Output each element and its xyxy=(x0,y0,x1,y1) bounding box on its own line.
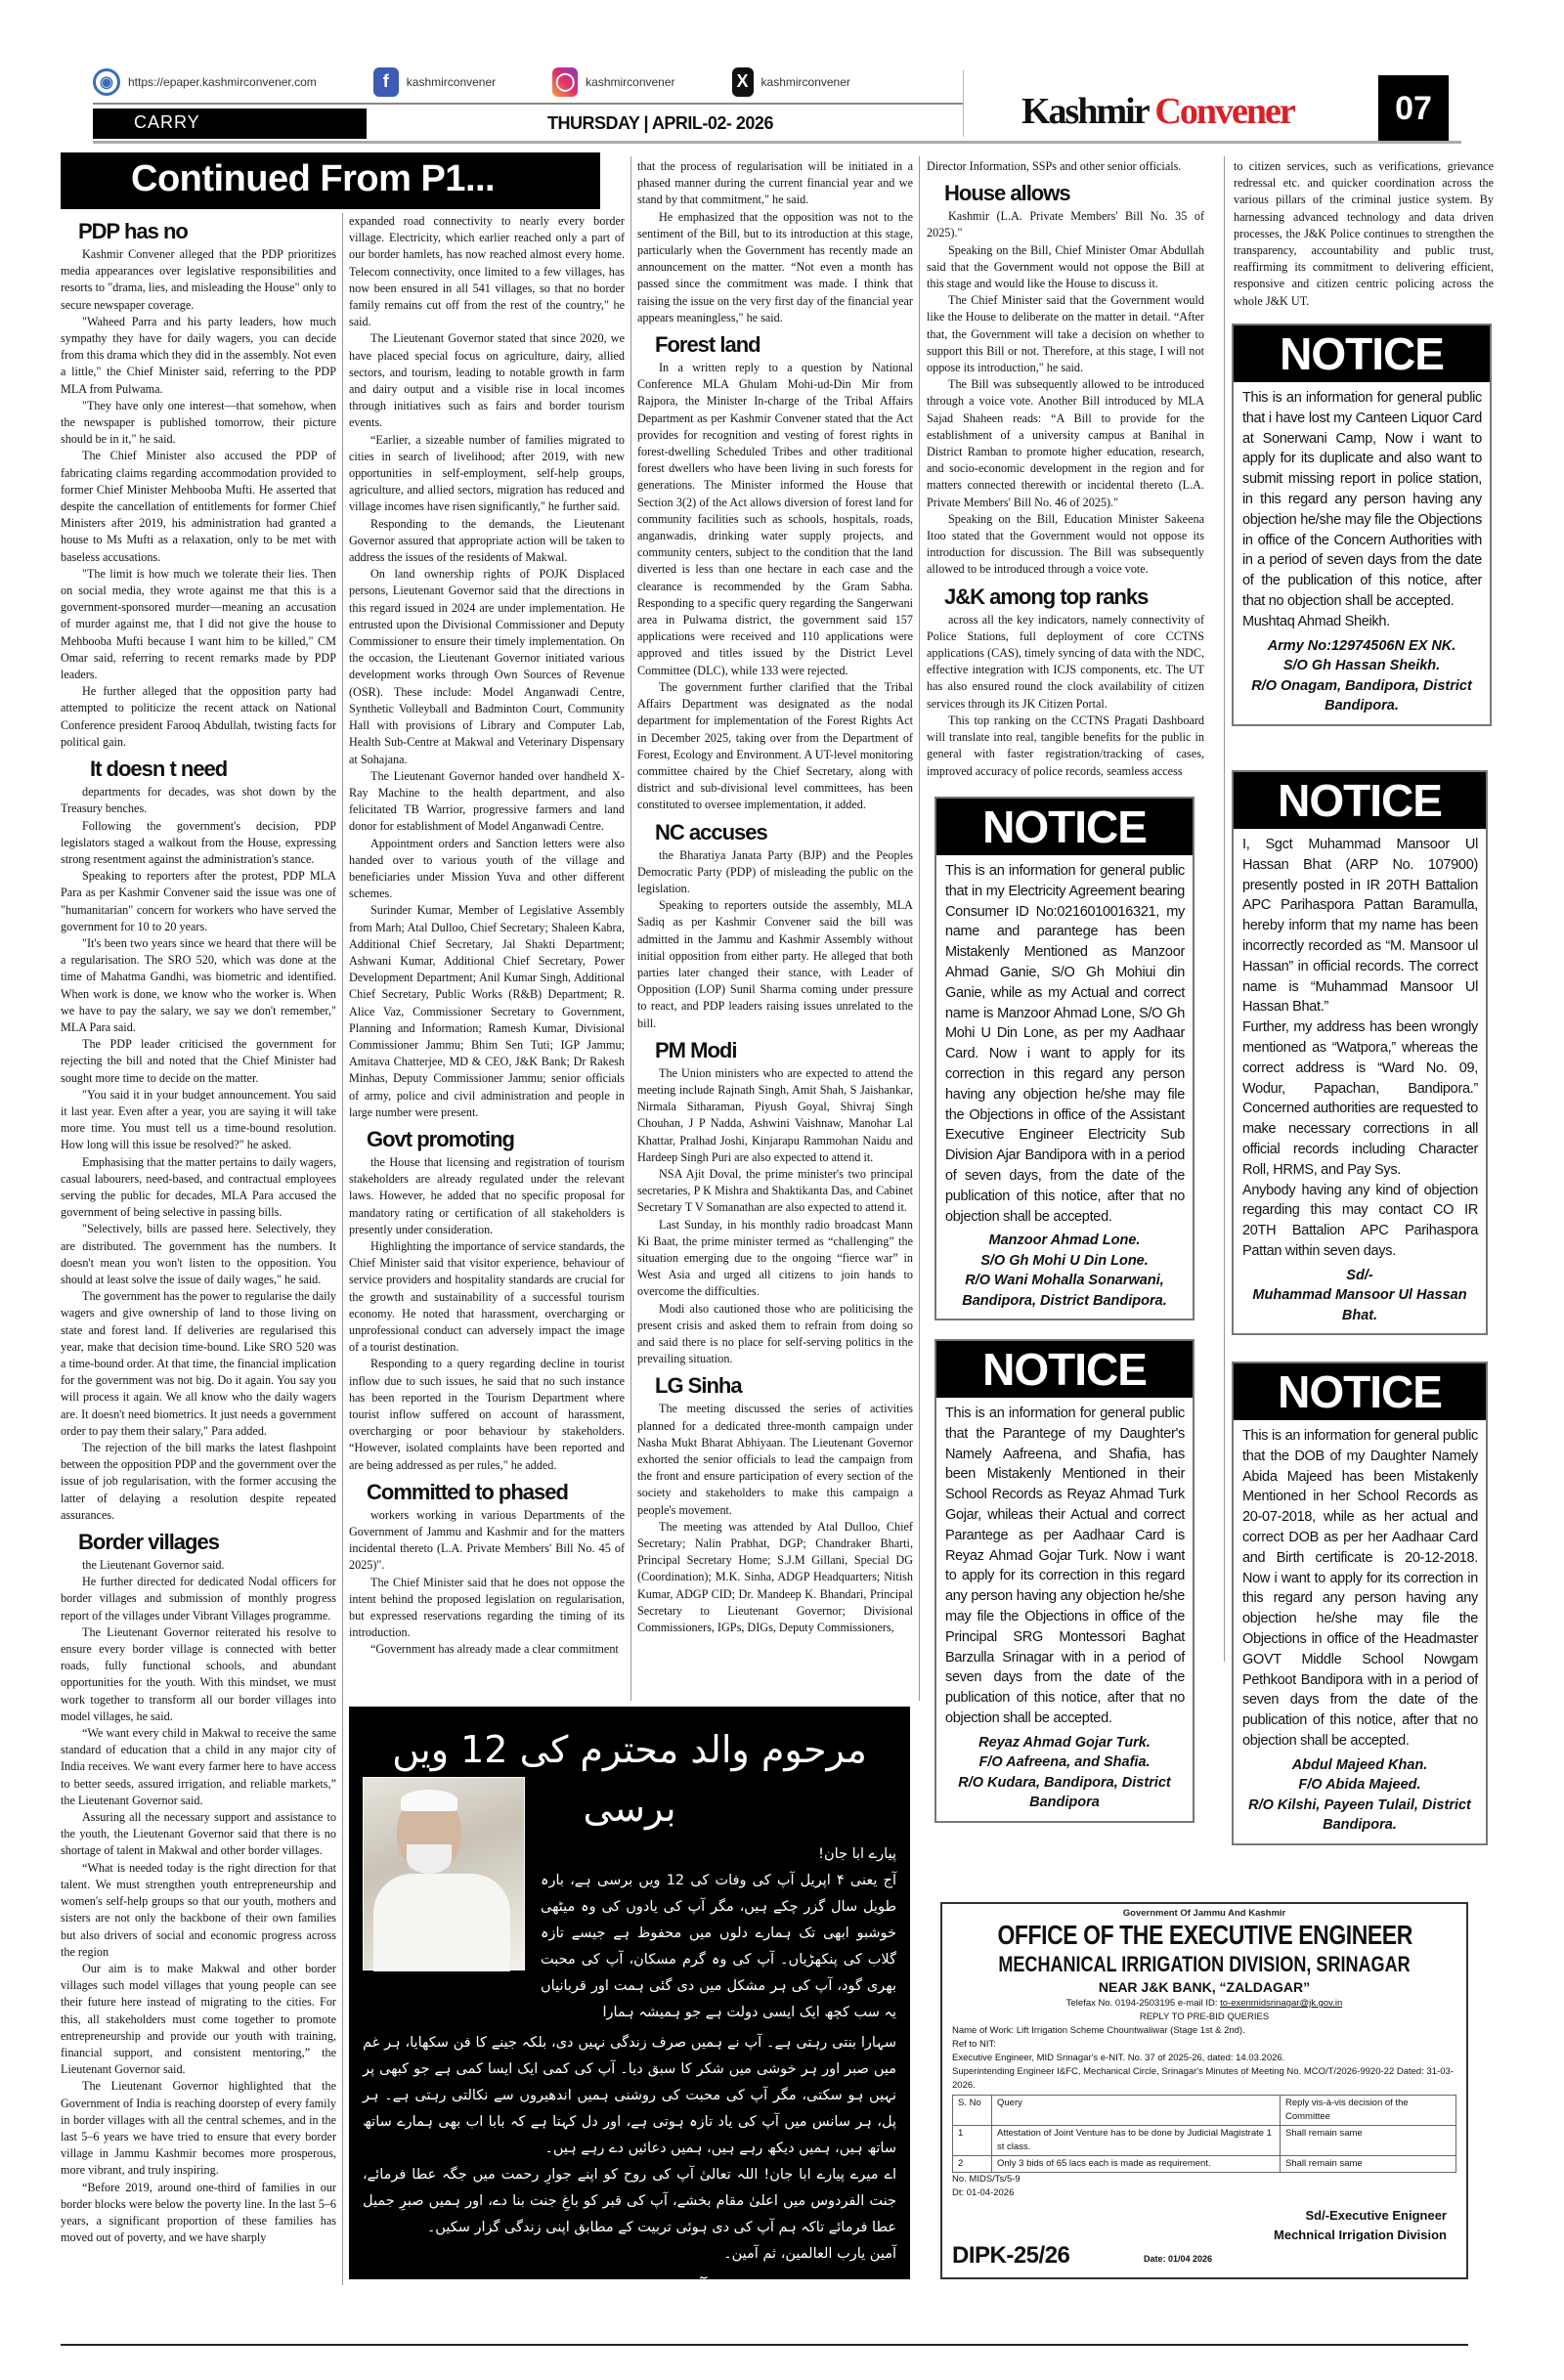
paragraph: “Before 2019, around one-third of famili… xyxy=(61,2180,336,2247)
headline-it-doesnt-need: It doesn t need xyxy=(90,757,336,782)
sig-line: S/O Gh Mohi U Din Lone. xyxy=(942,1251,1187,1272)
header-reply: Reply vis-à-vis decision of the Committe… xyxy=(1281,2096,1456,2126)
notice-name-correction-bhat: NOTICE I, Sgct Muhammad Mansoor Ul Hassa… xyxy=(1232,770,1488,1335)
table-row: 2 Only 3 bids of 65 lacs each is made as… xyxy=(953,2156,1456,2173)
headline-jk-among-top-ranks: J&K among top ranks xyxy=(944,584,1204,610)
urdu-signature: آپ کا مشکور بیٹا xyxy=(349,2277,910,2299)
website-url: https://epaper.kashmirconvener.com xyxy=(128,75,317,89)
headline-house-allows: House allows xyxy=(944,181,1204,206)
headline-pdp-has-no: PDP has no xyxy=(78,219,336,244)
telefax: Telefax No. 0194-2503195 e-mail ID: xyxy=(1066,1998,1218,2009)
gov-line: Government Of Jammu And Kashmir xyxy=(952,1908,1456,1919)
headline-border-villages: Border villages xyxy=(78,1530,336,1555)
section-label: CARRY xyxy=(93,108,367,139)
sig-line: Muhammad Mansoor Ul Hassan Bhat. xyxy=(1239,1285,1480,1325)
office-title: OFFICE OF THE EXECUTIVE ENGINEER xyxy=(997,1919,1411,1952)
paragraph: Following the government's decision, PDP… xyxy=(61,818,336,869)
sig-line: R/O Wani Mohalla Sonarwani, xyxy=(942,1271,1187,1291)
paragraph: the House that licensing and registratio… xyxy=(349,1154,625,1238)
paragraph: The Lieutenant Governor highlighted that… xyxy=(61,2078,336,2179)
division-title: MECHANICAL IRRIGATION DIVISION, SRINAGAR xyxy=(997,1952,1411,1977)
headline-lg-sinha: LG Sinha xyxy=(655,1373,913,1399)
facebook-icon: f xyxy=(373,67,399,97)
paragraph: The Chief Minister also accused the PDP … xyxy=(61,448,336,565)
paragraph: Speaking on the Bill, Chief Minister Oma… xyxy=(927,242,1204,293)
paragraph: The government further clarified that th… xyxy=(637,679,913,814)
paragraph: He further directed for dedicated Nodal … xyxy=(61,1574,336,1624)
urdu-remembrance-ad: مرحوم والد محترم کی 12 ویں برسی پیارے اب… xyxy=(349,1707,910,2279)
subject: REPLY TO PRE-BID QUERIES xyxy=(952,2011,1456,2024)
paragraph: Emphasising that the matter pertains to … xyxy=(61,1154,336,1222)
paragraph: to citizen services, such as verificatio… xyxy=(1234,158,1494,310)
sig-line: Bandipora, District Bandipora. xyxy=(942,1291,1187,1312)
masthead-social-links: ◉ https://epaper.kashmirconvener.com f k… xyxy=(93,61,963,105)
government-tender-ad: Government Of Jammu And Kashmir OFFICE O… xyxy=(940,1902,1468,2279)
paragraph: The Union ministers who are expected to … xyxy=(637,1065,913,1166)
paragraph: The rejection of the bill marks the late… xyxy=(61,1440,336,1524)
ref-date: Dt: 01-04-2026 xyxy=(952,2186,1456,2200)
column-5: to citizen services, such as verificatio… xyxy=(1234,158,1494,310)
urdu-body-top: پیارے ابا جان! آج یعنی ۴ اپریل آپ کی وفا… xyxy=(527,1838,910,2026)
paragraph: Last Sunday, in his monthly radio broadc… xyxy=(637,1217,913,1301)
notice-daughters-parentage: NOTICE This is an information for genera… xyxy=(934,1339,1195,1823)
paragraph: Speaking to reporters after the protest,… xyxy=(61,868,336,935)
photo-figure-body xyxy=(373,1874,510,1971)
facebook-handle: kashmirconvener xyxy=(407,75,496,89)
paragraph: Highlighting the importance of service s… xyxy=(349,1238,625,1356)
cell: Shall remain same xyxy=(1281,2156,1456,2173)
paragraph: The meeting was attended by Atal Dulloo,… xyxy=(637,1519,913,1636)
notice-body: This is an information for general publi… xyxy=(1234,1420,1486,1755)
globe-icon: ◉ xyxy=(93,68,120,96)
ad-date: Date: 01/04 2026 xyxy=(1144,2254,1212,2264)
paragraph: The Lieutenant Governor reiterated his r… xyxy=(61,1624,336,1725)
notice-body: I, Sgct Muhammad Mansoor Ul Hassan Bhat … xyxy=(1234,829,1486,1266)
page-number: 07 xyxy=(1378,75,1449,142)
cell: 1 xyxy=(953,2126,992,2156)
paragraph: "They have only one interest—that someho… xyxy=(61,398,336,449)
sig-line: S/O Gh Hassan Sheikh. xyxy=(1239,656,1484,676)
notice-title: NOTICE xyxy=(1234,772,1486,829)
newspaper-logo: Kashmir Convener xyxy=(1021,90,1294,133)
paragraph: Surinder Kumar, Member of Legislative As… xyxy=(349,902,625,1121)
paragraph: This top ranking on the CCTNS Pragati Da… xyxy=(927,713,1204,780)
notice-dob-correction: NOTICE This is an information for genera… xyxy=(1232,1362,1488,1845)
paragraph: The Bill was subsequently allowed to be … xyxy=(927,376,1204,511)
sig-line: R/O Onagam, Bandipora, District Bandipor… xyxy=(1239,676,1484,716)
paragraph: across all the key indicators, namely co… xyxy=(927,612,1204,713)
notice-electricity-agreement: NOTICE This is an information for genera… xyxy=(934,797,1195,1320)
dipk-number: DIPK-25/26 xyxy=(952,2242,1069,2270)
urdu-paragraph: سہارا بنتی رہتی ہے۔ آپ نے ہمیں صرف زندگی… xyxy=(363,2030,896,2162)
paragraph: Assuring all the necessary support and a… xyxy=(61,1809,336,1860)
headline-forest-land: Forest land xyxy=(655,332,913,358)
paragraph: “What is needed today is the right direc… xyxy=(61,1860,336,1961)
paragraph: The meeting discussed the series of acti… xyxy=(637,1401,913,1518)
notice-lost-canteen-card: NOTICE This is an information for genera… xyxy=(1232,324,1492,726)
column-4: Director Information, SSPs and other sen… xyxy=(927,158,1204,780)
ref-2: Superintending Engineer I&FC, Mechanical… xyxy=(952,2065,1456,2093)
paragraph: Kashmir (L.A. Private Members' Bill No. … xyxy=(927,208,1204,241)
sig-line: Reyaz Ahmad Gojar Turk. xyxy=(942,1733,1187,1753)
paragraph: On land ownership rights of POJK Displac… xyxy=(349,566,625,767)
email-link[interactable]: to-exenmidsrinagar@jk.gov.in xyxy=(1220,1998,1342,2009)
paragraph: departments for decades, was shot down b… xyxy=(61,784,336,817)
notice-name: Mushtaq Ahmad Sheikh. xyxy=(1242,614,1390,629)
paragraph: Director Information, SSPs and other sen… xyxy=(927,158,1204,175)
logo-convener: Convener xyxy=(1154,91,1293,132)
paragraph: "Selectively, bills are passed here. Sel… xyxy=(61,1221,336,1288)
paragraph: The PDP leader criticised the government… xyxy=(61,1036,336,1087)
paragraph: "It's been two years since we heard that… xyxy=(61,935,336,1036)
ref-label: Ref to NIT: xyxy=(952,2038,1456,2052)
office-address: NEAR J&K BANK, “ZALDAGAR” xyxy=(952,1977,1456,1997)
paragraph: "The limit is how much we tolerate their… xyxy=(61,566,336,683)
facebook-link[interactable]: f kashmirconvener xyxy=(373,67,496,97)
signatory: Sd/-Executive Enigneer Mechnical Irrigat… xyxy=(952,2206,1456,2245)
column-divider xyxy=(342,213,343,2285)
website-link[interactable]: ◉ https://epaper.kashmirconvener.com xyxy=(93,68,317,96)
notice-title: NOTICE xyxy=(1234,325,1490,382)
paragraph: Speaking to reporters outside the assemb… xyxy=(637,897,913,1032)
paragraph: expanded road connectivity to nearly eve… xyxy=(349,213,625,330)
paragraph: Our aim is to make Makwal and other bord… xyxy=(61,1961,336,2078)
header-query: Query xyxy=(992,2096,1281,2126)
notice-text: Further, my address has been wrongly men… xyxy=(1242,1017,1478,1180)
column-3: that the process of regularisation will … xyxy=(637,158,913,1636)
queries-table: S. No Query Reply vis-à-vis decision of … xyxy=(952,2095,1456,2173)
signatory-line: Sd/-Executive Enigneer xyxy=(952,2206,1447,2226)
paragraph: “Government has already made a clear com… xyxy=(349,1641,625,1658)
sig-line: Army No:12974506N EX NK. xyxy=(1239,636,1484,657)
paragraph: "Waheed Parra and his party leaders, how… xyxy=(61,314,336,398)
paragraph: "You said it in your budget announcement… xyxy=(61,1087,336,1154)
notice-signature: Abdul Majeed Khan. F/O Abida Majeed. R/O… xyxy=(1234,1755,1486,1843)
column-divider xyxy=(1224,156,1225,1662)
instagram-handle: kashmirconvener xyxy=(586,75,674,89)
urdu-body-bottom: سہارا بنتی رہتی ہے۔ آپ نے ہمیں صرف زندگی… xyxy=(349,2026,910,2268)
ref-1: Executive Engineer, MID Srinagar's e-NIT… xyxy=(952,2052,1456,2065)
paragraph: The government has the power to regulari… xyxy=(61,1288,336,1440)
sig-line: F/O Aafreena, and Shafia. xyxy=(942,1753,1187,1773)
logo-kashmir: Kashmir xyxy=(1021,91,1148,132)
photo-figure-cap xyxy=(401,1790,457,1811)
urdu-paragraph: آج یعنی ۴ اپریل آپ کی وفات کی 12 ویں برس… xyxy=(541,1868,896,2026)
continued-banner: Continued From P1... xyxy=(61,152,600,209)
cell: Shall remain same xyxy=(1281,2126,1456,2156)
headline-pm-modi: PM Modi xyxy=(655,1038,913,1063)
dateline: THURSDAY | APRIL-02- 2026 xyxy=(547,113,773,134)
notice-signature: Reyaz Ahmad Gojar Turk. F/O Aafreena, an… xyxy=(936,1733,1193,1821)
instagram-icon: ◯ xyxy=(552,67,578,97)
column-divider xyxy=(630,156,631,1701)
paragraph: Kashmir Convener alleged that the PDP pr… xyxy=(61,246,336,314)
paragraph: He further alleged that the opposition p… xyxy=(61,683,336,751)
paragraph: “Earlier, a sizeable number of families … xyxy=(349,432,625,516)
paragraph: The Chief Minister said that the Governm… xyxy=(927,292,1204,376)
column-divider xyxy=(919,156,920,1701)
sig-line: Abdul Majeed Khan. xyxy=(1239,1755,1480,1776)
paragraph: The Lieutenant Governor handed over hand… xyxy=(349,768,625,836)
contact-line: Telefax No. 0194-2503195 e-mail ID: to-e… xyxy=(952,1997,1456,2011)
header-sno: S. No xyxy=(953,2096,992,2126)
urdu-paragraph: آمین یارب العالمین، ثم آمین۔ xyxy=(363,2241,896,2268)
paragraph: In a written reply to a question by Nati… xyxy=(637,360,913,679)
masthead-rule xyxy=(93,141,1461,144)
notice-title: NOTICE xyxy=(1234,1363,1486,1420)
notice-text: This is an information for general publi… xyxy=(1242,390,1482,609)
column-1: PDP has no Kashmir Convener alleged that… xyxy=(61,213,336,2246)
paragraph: “We want every child in Makwal to receiv… xyxy=(61,1725,336,1809)
page-bottom-rule xyxy=(61,2344,1468,2346)
notice-signature: Army No:12974506N EX NK. S/O Gh Hassan S… xyxy=(1234,636,1490,724)
paragraph: Appointment orders and Sanction letters … xyxy=(349,836,625,903)
x-icon: X xyxy=(732,67,754,97)
x-handle: kashmirconvener xyxy=(761,75,850,89)
table-header-row: S. No Query Reply vis-à-vis decision of … xyxy=(953,2096,1456,2126)
masthead-divider xyxy=(963,70,964,137)
paragraph: The Chief Minister said that he does not… xyxy=(349,1575,625,1642)
notice-text: Anybody having any kind of objection reg… xyxy=(1242,1181,1478,1262)
notice-body: This is an information for general publi… xyxy=(936,1398,1193,1733)
urdu-paragraph: اے میرے پیارے ابا جان! اللہ تعالیٰ آپ کی… xyxy=(363,2162,896,2241)
paragraph: The Lieutenant Governor stated that sinc… xyxy=(349,330,625,431)
cell: Attestation of Joint Venture has to be d… xyxy=(992,2126,1281,2156)
headline-govt-promoting: Govt promoting xyxy=(367,1127,625,1152)
notice-signature: Sd/- Muhammad Mansoor Ul Hassan Bhat. xyxy=(1234,1266,1486,1334)
portrait-photo xyxy=(363,1777,525,1970)
paragraph: Modi also cautioned those who are politi… xyxy=(637,1301,913,1368)
sig-line: Sd/- xyxy=(1239,1266,1480,1286)
sig-line: R/O Kudara, Bandipora, District Bandipor… xyxy=(942,1773,1187,1813)
urdu-salutation: پیارے ابا جان! xyxy=(541,1841,896,1868)
paragraph: NSA Ajit Doval, the prime minister's two… xyxy=(637,1166,913,1217)
sig-line: Manzoor Ahmad Lone. xyxy=(942,1231,1187,1251)
notice-text: I, Sgct Muhammad Mansoor Ul Hassan Bhat … xyxy=(1242,835,1478,1017)
x-link[interactable]: X kashmirconvener xyxy=(732,67,850,97)
notice-signature: Manzoor Ahmad Lone. S/O Gh Mohi U Din Lo… xyxy=(936,1231,1193,1319)
table-row: 1 Attestation of Joint Venture has to be… xyxy=(953,2126,1456,2156)
paragraph: the Lieutenant Governor said. xyxy=(61,1557,336,1574)
sig-line: R/O Kilshi, Payeen Tulail, District Band… xyxy=(1239,1796,1480,1836)
paragraph: Responding to the demands, the Lieutenan… xyxy=(349,516,625,567)
paragraph: Responding to a query regarding decline … xyxy=(349,1356,625,1473)
column-2: expanded road connectivity to nearly eve… xyxy=(349,213,625,1659)
notice-body: This is an information for general publi… xyxy=(1234,382,1490,636)
paragraph: that the process of regularisation will … xyxy=(637,158,913,209)
headline-nc-accuses: NC accuses xyxy=(655,820,913,845)
notice-title: NOTICE xyxy=(936,799,1193,855)
photo-figure-beard xyxy=(407,1844,452,1874)
paragraph: workers working in various Departments o… xyxy=(349,1507,625,1575)
instagram-link[interactable]: ◯ kashmirconvener xyxy=(552,67,674,97)
sig-line: F/O Abida Majeed. xyxy=(1239,1775,1480,1796)
notice-title: NOTICE xyxy=(936,1341,1193,1398)
notice-body: This is an information for general publi… xyxy=(936,855,1193,1231)
name-of-work: Name of Work: Lift Irrigation Scheme Cho… xyxy=(952,2024,1456,2038)
paragraph: He emphasized that the opposition was no… xyxy=(637,209,913,326)
ref-number: No. MIDS/Ts/5-9 xyxy=(952,2173,1456,2186)
paragraph: the Bharatiya Janata Party (BJP) and the… xyxy=(637,847,913,898)
headline-committed-to-phased: Committed to phased xyxy=(367,1480,625,1505)
cell: Only 3 bids of 65 lacs each is made as r… xyxy=(992,2156,1281,2173)
paragraph: Speaking on the Bill, Education Minister… xyxy=(927,511,1204,579)
cell: 2 xyxy=(953,2156,992,2173)
